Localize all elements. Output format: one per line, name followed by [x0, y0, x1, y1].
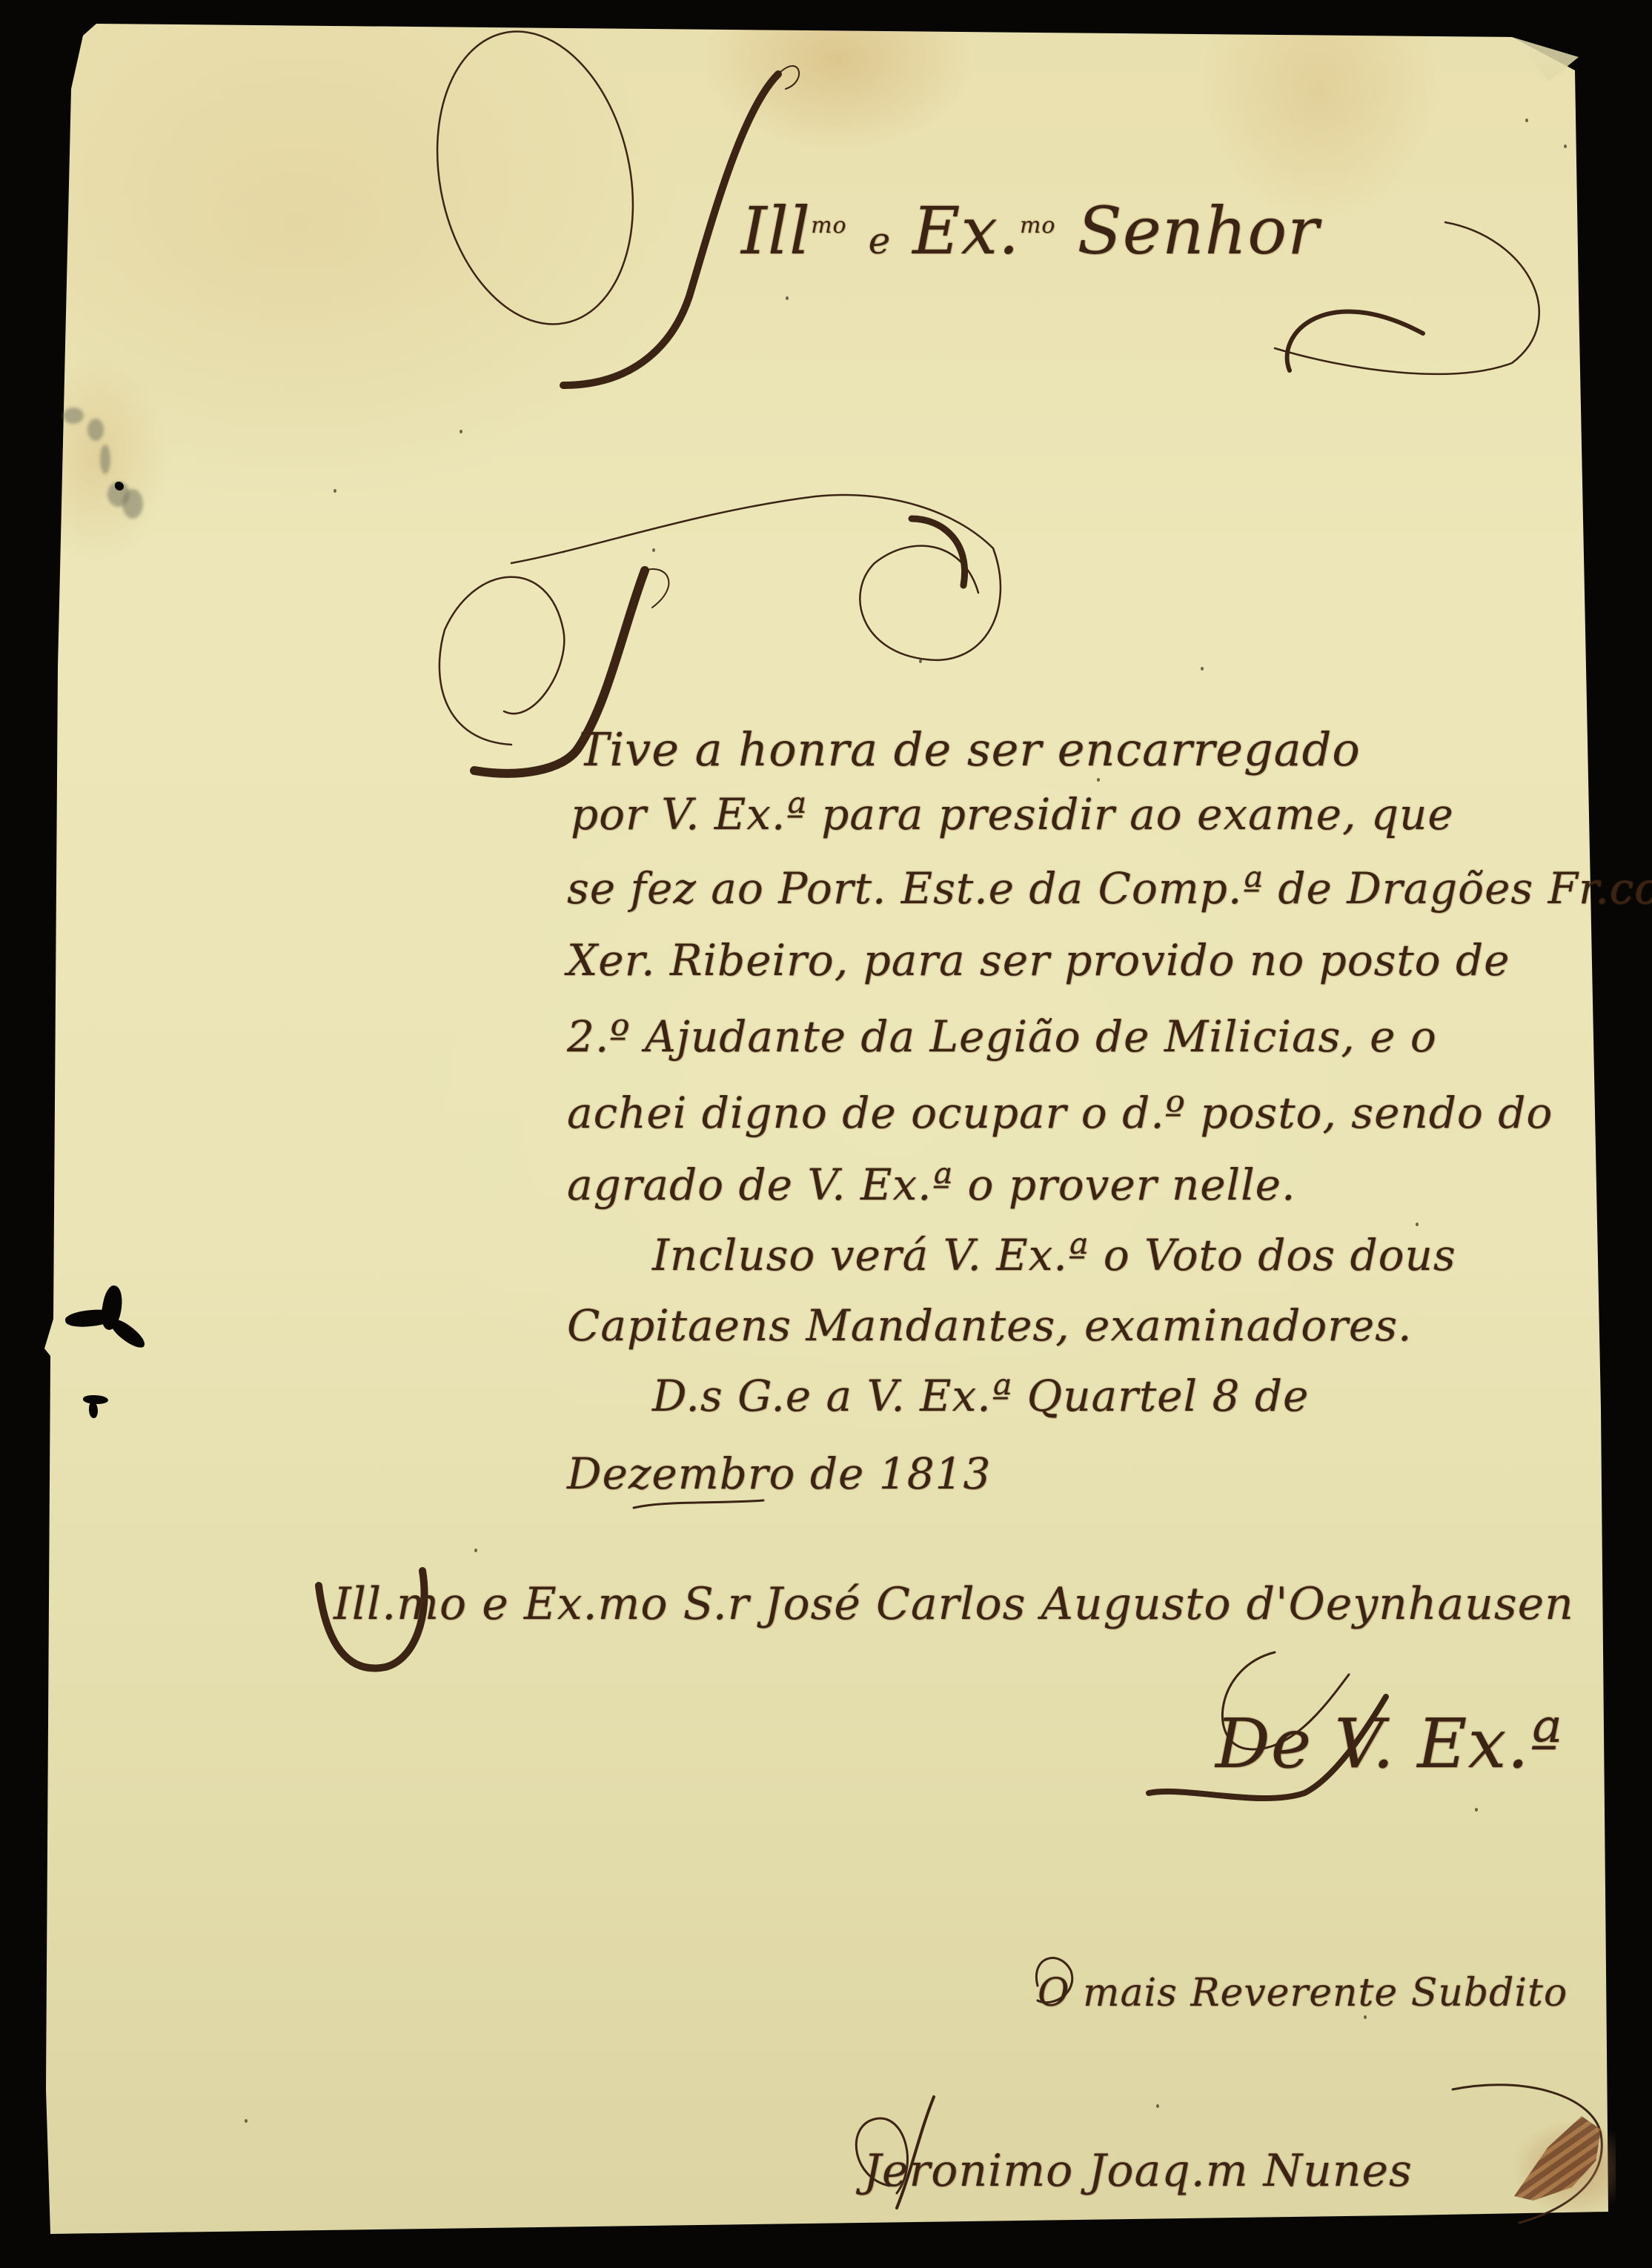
date-line: Dezembro de 1813 [567, 1449, 991, 1499]
document-viewer: Illmo e Ex.mo Senhor Tive a honra de ser… [0, 0, 1652, 2268]
body-line: achei digno de ocupar o d.º posto, sendo… [567, 1088, 1553, 1138]
body-line: Xer. Ribeiro, para ser provido no posto … [567, 935, 1510, 985]
paper-speck [1525, 119, 1528, 122]
paper-speck [919, 659, 922, 663]
paper-speck [1097, 778, 1100, 782]
body-line: agrado de V. Ex.ª o prover nelle. [567, 1160, 1296, 1210]
paper-speck [1201, 667, 1204, 671]
body-line: Capitaens Mandantes, examinadores. [567, 1300, 1412, 1351]
paper-hole [115, 482, 124, 490]
paper-speck [460, 430, 462, 433]
paper-speck [474, 1549, 477, 1552]
salutation-title: Senhor [1077, 193, 1319, 269]
mold-stain [122, 489, 143, 519]
subscription: O mais Reverente Subdito [1038, 1971, 1568, 2015]
salutation-prefix-sup: mo [811, 213, 847, 239]
mold-stain [87, 419, 104, 441]
paper-speck [1564, 144, 1567, 148]
closing-de-v-ex: De V. Ex.ª [1215, 1704, 1562, 1783]
addressee-line: Ill.mo e Ex.mo S.r José Carlos Augusto d… [334, 1578, 1574, 1630]
body-line: Tive a honra de ser encarregado [578, 722, 1361, 776]
salutation-ex: Ex. [912, 193, 1020, 269]
paper-speck [652, 548, 655, 552]
paper-speck [1364, 2015, 1367, 2019]
mold-stain [100, 445, 110, 474]
salutation-prefix: Ill [741, 193, 811, 269]
paper-hole [89, 1402, 98, 1418]
paper-speck [1156, 2104, 1159, 2108]
salutation-connector: e [869, 219, 892, 262]
paper-speck [786, 296, 789, 300]
salutation: Illmo e Ex.mo Senhor [741, 193, 1319, 269]
salutation-ex-sup: mo [1020, 213, 1056, 239]
paper-speck [334, 489, 336, 493]
body-line: Incluso verá V. Ex.ª o Voto dos dous [652, 1230, 1456, 1280]
paper-speck [1416, 1223, 1419, 1226]
mold-stain [63, 408, 84, 424]
body-line: se fez ao Port. Est.e da Comp.ª de Dragõ… [567, 863, 1652, 914]
body-line: 2.º Ajudante da Legião de Milicias, e o [567, 1011, 1437, 1062]
body-line: por V. Ex.ª para presidir ao exame, que [571, 789, 1454, 839]
signature: Jeronimo Joaq.m Nunes [863, 2145, 1413, 2197]
paper-speck [1475, 1808, 1478, 1812]
paper-speck [245, 2119, 248, 2123]
body-line: D.s G.e a V. Ex.ª Quartel 8 de [652, 1371, 1309, 1421]
